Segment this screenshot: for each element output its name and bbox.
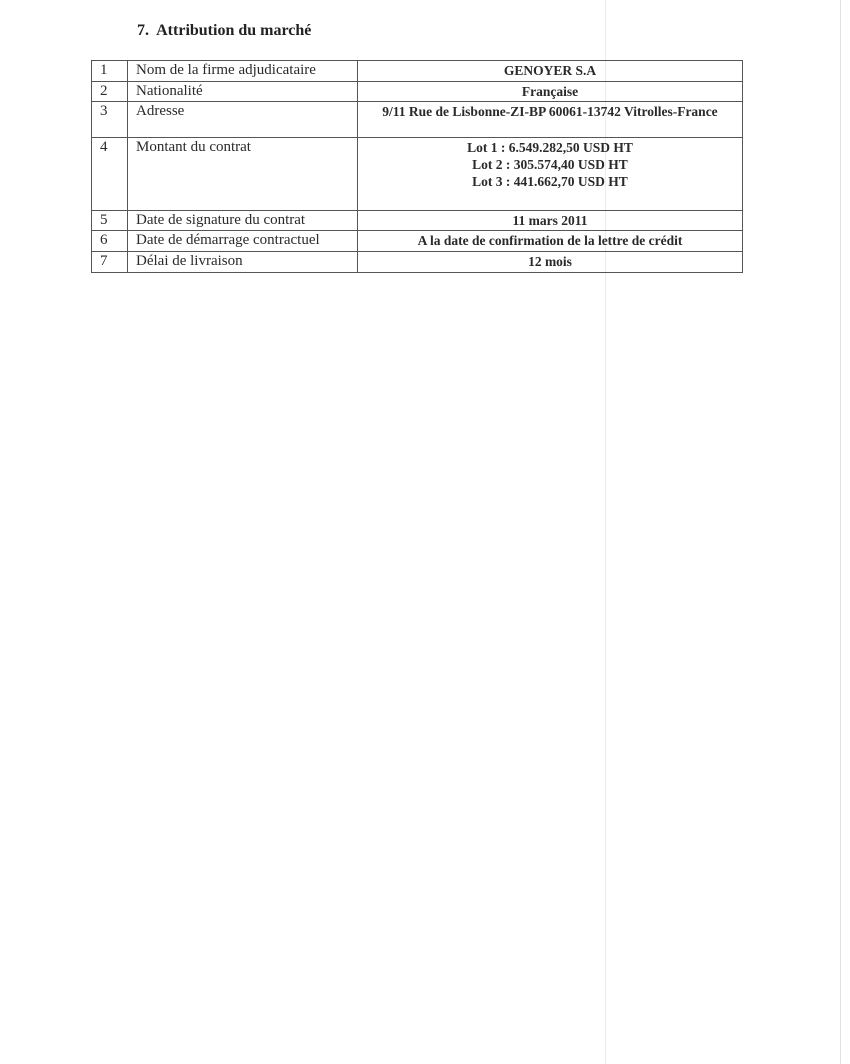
row-number: 6 [92, 231, 128, 252]
row-value: 9/11 Rue de Lisbonne-ZI-BP 60061-13742 V… [358, 102, 743, 138]
row-label: Date de signature du contrat [128, 211, 358, 231]
scan-artifact-line [840, 0, 841, 1064]
table-row: 6 Date de démarrage contractuel A la dat… [92, 231, 743, 252]
row-value-lots: Lot 1 : 6.549.282,50 USD HT Lot 2 : 305.… [358, 138, 743, 211]
row-label: Montant du contrat [128, 138, 358, 211]
table-row: 3 Adresse 9/11 Rue de Lisbonne-ZI-BP 600… [92, 102, 743, 138]
row-value: 11 mars 2011 [358, 211, 743, 231]
table-row: 5 Date de signature du contrat 11 mars 2… [92, 211, 743, 231]
row-number: 2 [92, 82, 128, 102]
row-value: GENOYER S.A [358, 61, 743, 82]
table-row: 2 Nationalité Française [92, 82, 743, 102]
row-label: Nationalité [128, 82, 358, 102]
section-number: 7. [137, 22, 149, 39]
row-label: Délai de livraison [128, 252, 358, 273]
row-number: 1 [92, 61, 128, 82]
row-number: 5 [92, 211, 128, 231]
row-label: Nom de la firme adjudicataire [128, 61, 358, 82]
row-value: Française [358, 82, 743, 102]
row-number: 3 [92, 102, 128, 138]
section-title: Attribution du marché [156, 22, 311, 39]
row-label: Date de démarrage contractuel [128, 231, 358, 252]
lot-amount: Lot 1 : 6.549.282,50 USD HT [362, 139, 738, 156]
table-row: 1 Nom de la firme adjudicataire GENOYER … [92, 61, 743, 82]
row-value: A la date de confirmation de la lettre d… [358, 231, 743, 252]
table-row: 7 Délai de livraison 12 mois [92, 252, 743, 273]
row-number: 7 [92, 252, 128, 273]
section-heading: 7. Attribution du marché [137, 22, 311, 40]
table-row: 4 Montant du contrat Lot 1 : 6.549.282,5… [92, 138, 743, 211]
lot-amount: Lot 2 : 305.574,40 USD HT [362, 156, 738, 173]
row-number: 4 [92, 138, 128, 211]
row-value: 12 mois [358, 252, 743, 273]
lot-amount: Lot 3 : 441.662,70 USD HT [362, 173, 738, 190]
row-label: Adresse [128, 102, 358, 138]
contract-award-table: 1 Nom de la firme adjudicataire GENOYER … [91, 60, 743, 273]
